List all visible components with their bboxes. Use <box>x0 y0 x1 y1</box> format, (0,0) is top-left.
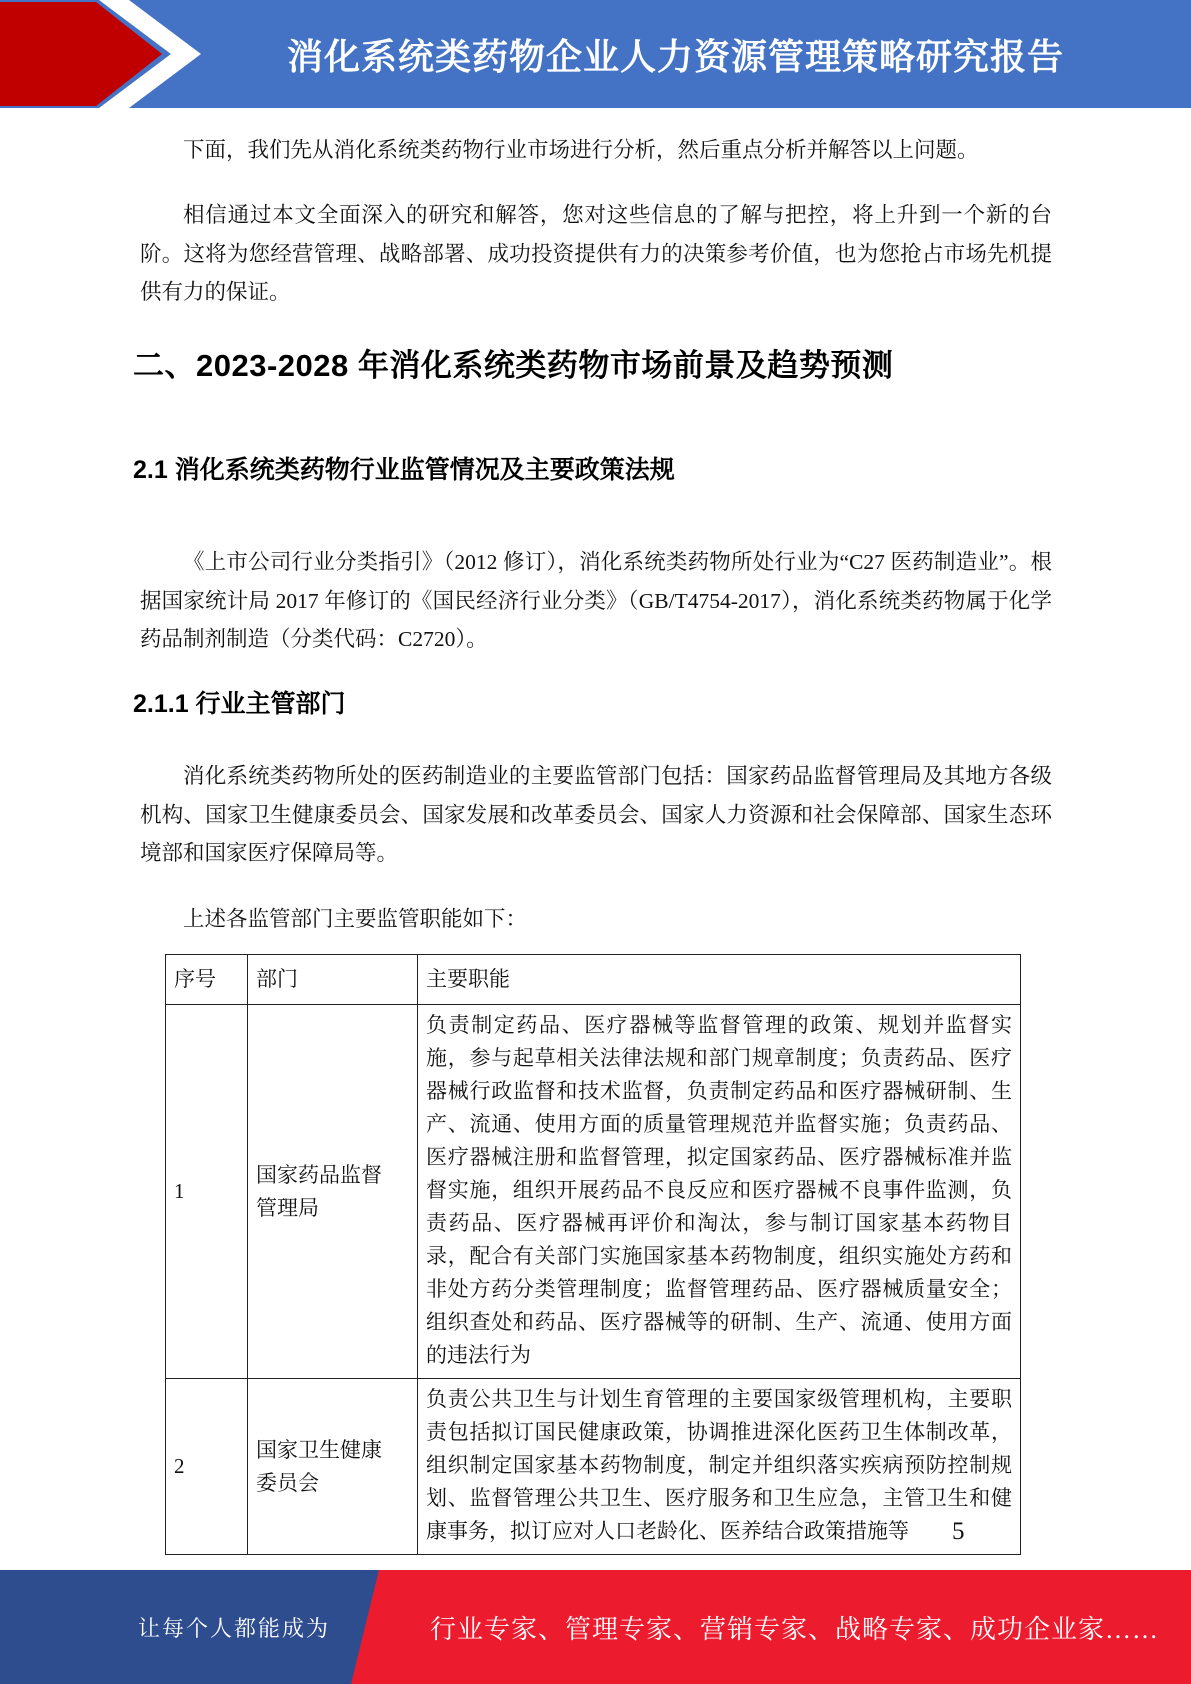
section-heading-2: 二、2023-2028 年消化系统类药物市场前景及趋势预测 <box>133 340 1093 385</box>
row-dept: 国家卫生健康委员会 <box>248 1379 418 1555</box>
page-footer: 让每个人都能成为 行业专家、管理专家、营销专家、战略专家、成功企业家…… <box>0 1570 1191 1684</box>
paragraph-regulators: 消化系统类药物所处的医药制造业的主要监管部门包括：国家药品监督管理局及其地方各级… <box>140 757 1052 873</box>
table-row: 2 国家卫生健康委员会 负责公共卫生与计划生育管理的主要国家级管理机构，主要职 … <box>166 1379 1021 1555</box>
red-arrow-icon <box>0 0 210 108</box>
report-title: 消化系统类药物企业人力资源管理策略研究报告 <box>200 0 1151 108</box>
column-header-dept: 部门 <box>248 955 418 1005</box>
page-number: 5 <box>952 1518 965 1546</box>
paragraph-industry-classification: 《上市公司行业分类指引》（2012 修订），消化系统类药物所处行业为“C27 医… <box>140 543 1052 659</box>
subsection-heading-2-1-1: 2.1.1 行业主管部门 <box>133 684 1093 720</box>
footer-slogan-left: 让每个人都能成为 <box>0 1570 330 1684</box>
row-dept: 国家药品监督管理局 <box>248 1005 418 1379</box>
row-duty: 负责制定药品、医疗器械等监督管理的政策、规划并监督实 施，参与起草相关法律法规和… <box>418 1005 1021 1379</box>
paragraph-value: 相信通过本文全面深入的研究和解答，您对这些信息的了解与把控，将上升到一个新的台阶… <box>140 196 1052 312</box>
regulator-duties-table: 序号 部门 主要职能 1 国家药品监督管理局 负责制定药品、医疗器械等监督管理的… <box>165 954 1021 1555</box>
row-no: 1 <box>166 1005 248 1379</box>
subsection-heading-2-1: 2.1 消化系统类药物行业监管情况及主要政策法规 <box>133 450 1093 486</box>
column-header-duty: 主要职能 <box>418 955 1021 1005</box>
table-row: 1 国家药品监督管理局 负责制定药品、医疗器械等监督管理的政策、规划并监督实 施… <box>166 1005 1021 1379</box>
row-duty: 负责公共卫生与计划生育管理的主要国家级管理机构，主要职 责包括拟订国民健康政策，… <box>418 1379 1021 1555</box>
row-no: 2 <box>166 1379 248 1555</box>
paragraph-intro: 下面，我们先从消化系统类药物行业市场进行分析，然后重点分析并解答以上问题。 <box>140 131 1052 170</box>
paragraph-table-lead-in: 上述各监管部门主要监管职能如下： <box>140 900 1052 939</box>
column-header-no: 序号 <box>166 955 248 1005</box>
footer-slogan-right: 行业专家、管理专家、营销专家、战略专家、成功企业家…… <box>430 1570 1171 1684</box>
page-header-banner: 消化系统类药物企业人力资源管理策略研究报告 <box>0 0 1191 108</box>
table-header-row: 序号 部门 主要职能 <box>166 955 1021 1005</box>
